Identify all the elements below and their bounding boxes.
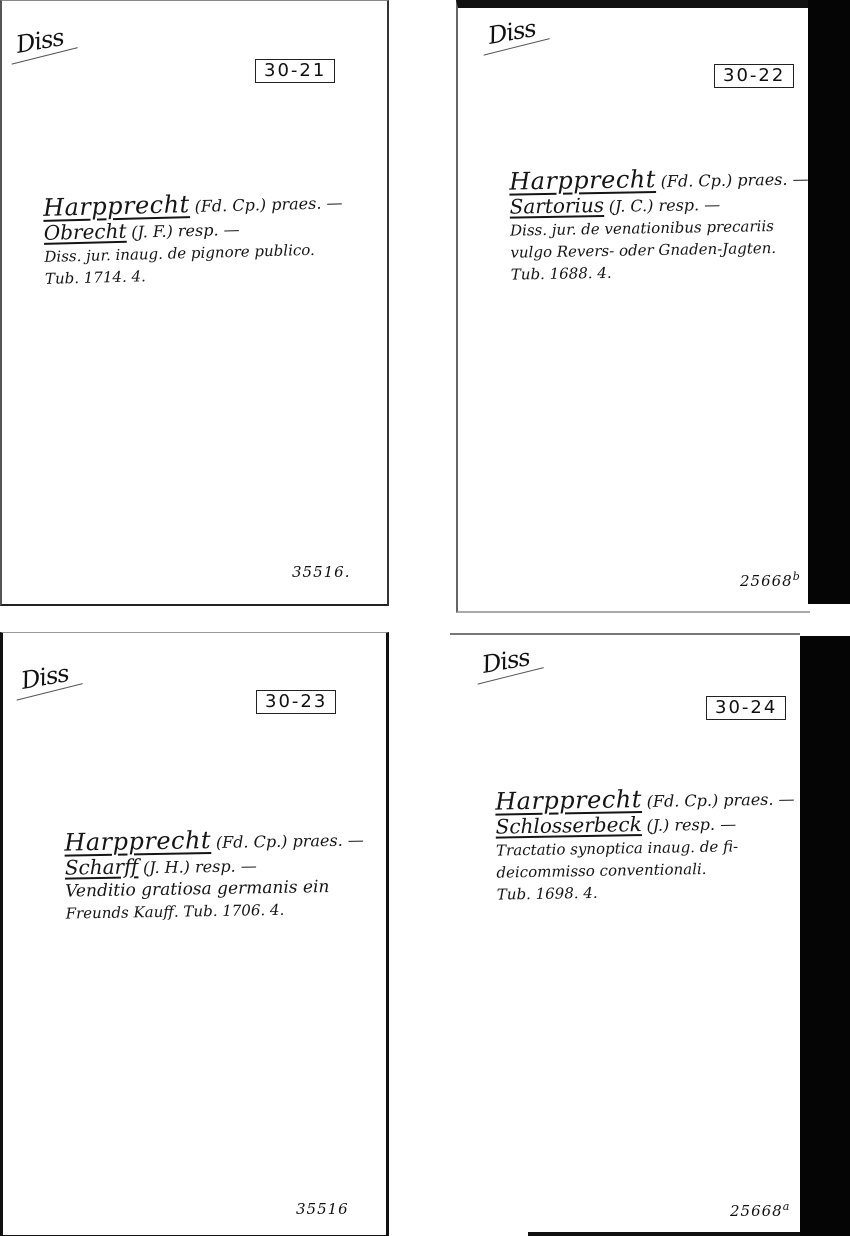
imprint: Tub. 1688. 4. — [511, 258, 811, 285]
diss-marker: Diss — [19, 659, 71, 695]
call-number: 30-22 — [714, 64, 794, 88]
respondent-name: Obrecht — [43, 219, 126, 245]
catalog-entry: Harpprecht (Fd. Cp.) praes. — Sartorius … — [509, 165, 810, 285]
title-line: deicommisso conventionali. — [496, 860, 706, 882]
respondent-detail: (J.) resp. — — [646, 814, 736, 835]
author-detail: (Fd. Cp.) praes. — — [194, 193, 342, 216]
accession-number: 35516 — [296, 1198, 349, 1218]
imprint: Tub. 1706. 4. — [183, 901, 284, 921]
respondent-name: Schlosserbeck — [495, 812, 642, 839]
scan-edge — [800, 636, 850, 1236]
diss-marker: Diss — [486, 14, 538, 50]
respondent-name: Scharff — [65, 854, 139, 879]
imprint: Tub. 1698. 4. — [497, 878, 797, 905]
author-name: Harpprecht — [64, 826, 211, 857]
catalog-card-2: Diss 30-22 Harpprecht (Fd. Cp.) praes. —… — [456, 0, 810, 613]
author-name: Harpprecht — [495, 785, 642, 816]
diss-marker: Diss — [14, 23, 66, 59]
scan-edge — [528, 1232, 800, 1236]
respondent-name: Sartorius — [509, 193, 604, 219]
catalog-card-3: Diss 30-23 Harpprecht (Fd. Cp.) praes. —… — [0, 632, 389, 1236]
respondent-detail: (J. F.) resp. — — [131, 220, 240, 242]
accession-number: 25668a — [730, 1200, 790, 1220]
accession-number-value: 35516 — [296, 1200, 349, 1218]
author-detail: (Fd. Cp.) praes. — — [216, 830, 364, 852]
author-detail: (Fd. Cp.) praes. — — [661, 169, 809, 191]
accession-number: 25668b — [740, 570, 801, 590]
catalog-entry: Harpprecht (Fd. Cp.) praes. — Schlosserb… — [495, 785, 796, 905]
accession-number-value: 25668 — [730, 1202, 783, 1220]
catalog-entry: Harpprecht (Fd. Cp.) praes. — Obrecht (J… — [43, 189, 345, 290]
call-number: 30-23 — [256, 690, 336, 714]
author-name: Harpprecht — [509, 165, 656, 196]
respondent-detail: (J. H.) resp. — — [143, 856, 257, 877]
accession-suffix: b — [793, 570, 801, 583]
accession-number-value: 25668 — [740, 572, 793, 590]
call-number: 30-24 — [706, 696, 786, 720]
catalog-card-1: Diss 30-21 Harpprecht (Fd. Cp.) praes. —… — [0, 0, 389, 606]
respondent-detail: (J. C.) resp. — — [609, 195, 721, 216]
call-number: 30-21 — [255, 59, 335, 83]
diss-marker: Diss — [480, 643, 532, 679]
title-line: Freunds Kauff. — [65, 903, 178, 923]
catalog-card-4: Diss 30-24 Harpprecht (Fd. Cp.) praes. —… — [450, 633, 800, 1236]
catalog-entry: Harpprecht (Fd. Cp.) praes. — Scharff (J… — [64, 826, 365, 924]
author-name: Harpprecht — [43, 190, 190, 222]
author-detail: (Fd. Cp.) praes. — — [647, 789, 795, 811]
accession-number-value: 35516. — [292, 563, 351, 581]
scan-edge — [808, 0, 850, 604]
accession-suffix: a — [783, 1200, 791, 1213]
accession-number: 35516. — [292, 561, 351, 581]
